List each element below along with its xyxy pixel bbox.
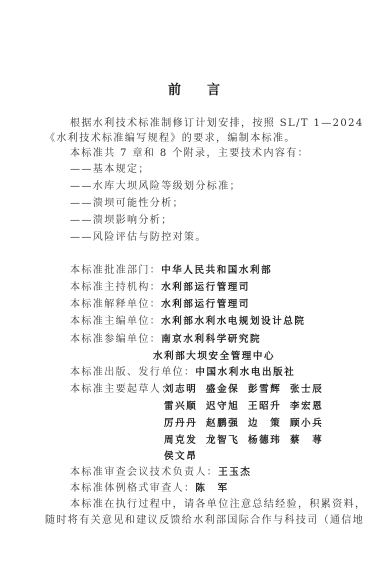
review-lead-label: 本标准审查会议技术负责人：: [70, 467, 218, 478]
publisher-row: 本标准出版、发行单位：中国水利水电出版社: [70, 367, 295, 379]
drafter-name: 顾小兵: [290, 418, 323, 430]
format-reviewer-value: 陈 军: [195, 483, 228, 494]
contents-item: ——风险评估与防控对策。: [70, 232, 207, 244]
drafter-name: 边 策: [248, 418, 281, 430]
contents-item: ——基本规定；: [70, 164, 150, 176]
format-reviewer-row: 本标准体例格式审查人：陈 军: [70, 483, 229, 495]
publisher-value: 中国水利水电出版社: [195, 367, 295, 378]
contents-intro: 本标准共 7 章和 8 个附录，主要技术内容有：: [70, 148, 309, 160]
interpret-row: 本标准解释单位：水利部运行管理司: [70, 299, 250, 311]
drafter-name: 刘志明: [164, 384, 197, 396]
drafter-name: 龙智飞: [206, 435, 239, 447]
chief-editor-label: 本标准主编单位：: [70, 316, 161, 327]
drafter-name: 蔡 荨: [290, 435, 323, 447]
drafter-name: 彭雪辉: [248, 384, 281, 396]
intro-paragraph-line-1: 根据水利技术标准制修订计划安排，按照 SL/T 1—2024: [70, 118, 364, 130]
co-editors-row: 本标准参编单位：南京水利科学研究院: [70, 334, 261, 346]
interpret-value: 水利部运行管理司: [161, 299, 250, 310]
host-label: 本标准主持机构：: [70, 282, 161, 293]
drafter-name: 杨德玮: [248, 435, 281, 447]
host-value: 水利部运行管理司: [161, 282, 250, 293]
approval-row: 本标准批准部门：中华人民共和国水利部: [70, 265, 272, 277]
title-char-2: 言: [207, 83, 246, 98]
contents-item: ——溃坝影响分析；: [70, 215, 173, 227]
drafter-name: 张士辰: [290, 384, 323, 396]
drafters-label: 本标准主要起草人：: [70, 384, 173, 396]
page-title: 前言: [0, 79, 388, 98]
drafter-name: 厉丹丹: [164, 418, 197, 430]
intro-paragraph-line-2: 《水利技术标准编写规程》的要求，编制本标准。: [45, 133, 296, 145]
contents-item: ——水库大坝风险等级划分标准；: [70, 181, 241, 193]
host-row: 本标准主持机构：水利部运行管理司: [70, 282, 250, 294]
review-lead-row: 本标准审查会议技术负责人：王玉杰: [70, 467, 252, 479]
chief-editor-value: 水利部水利水电规划设计总院: [161, 316, 305, 327]
drafter-name: 侯文昂: [164, 451, 197, 463]
approval-value: 中华人民共和国水利部: [161, 265, 272, 276]
review-lead-value: 王玉杰: [218, 467, 251, 478]
drafter-name: 盛金保: [206, 384, 239, 396]
closing-paragraph-line-2: 随时将有关意见和建议反馈给水利部国际合作与科技司（通信地: [45, 515, 364, 527]
drafter-name: 赵鹏强: [206, 418, 239, 430]
drafter-name: 李宏恩: [290, 401, 323, 413]
co-editors-row-2: 水利部大坝安全管理中心: [153, 351, 275, 363]
format-reviewer-label: 本标准体例格式审查人：: [70, 483, 195, 494]
co-editor-value: 水利部大坝安全管理中心: [153, 351, 275, 362]
drafter-name: 王昭升: [248, 401, 281, 413]
drafter-name: 周克发: [164, 435, 197, 447]
closing-paragraph-line-1: 本标准在执行过程中，请各单位注意总结经验，积累资料，: [70, 499, 366, 511]
chief-editor-row: 本标准主编单位：水利部水利水电规划设计总院: [70, 316, 306, 328]
interpret-label: 本标准解释单位：: [70, 299, 161, 310]
document-page: 前言 根据水利技术标准制修订计划安排，按照 SL/T 1—2024 《水利技术标…: [0, 0, 388, 565]
title-char-1: 前: [168, 83, 207, 98]
drafter-name: 雷兴顺: [164, 401, 197, 413]
approval-label: 本标准批准部门：: [70, 265, 161, 276]
co-editors-label: 本标准参编单位：: [70, 334, 161, 345]
drafter-name: 迟守旭: [206, 401, 239, 413]
co-editor-value: 南京水利科学研究院: [161, 334, 261, 345]
contents-item: ——溃坝可能性分析；: [70, 198, 184, 210]
publisher-label: 本标准出版、发行单位：: [70, 367, 195, 378]
